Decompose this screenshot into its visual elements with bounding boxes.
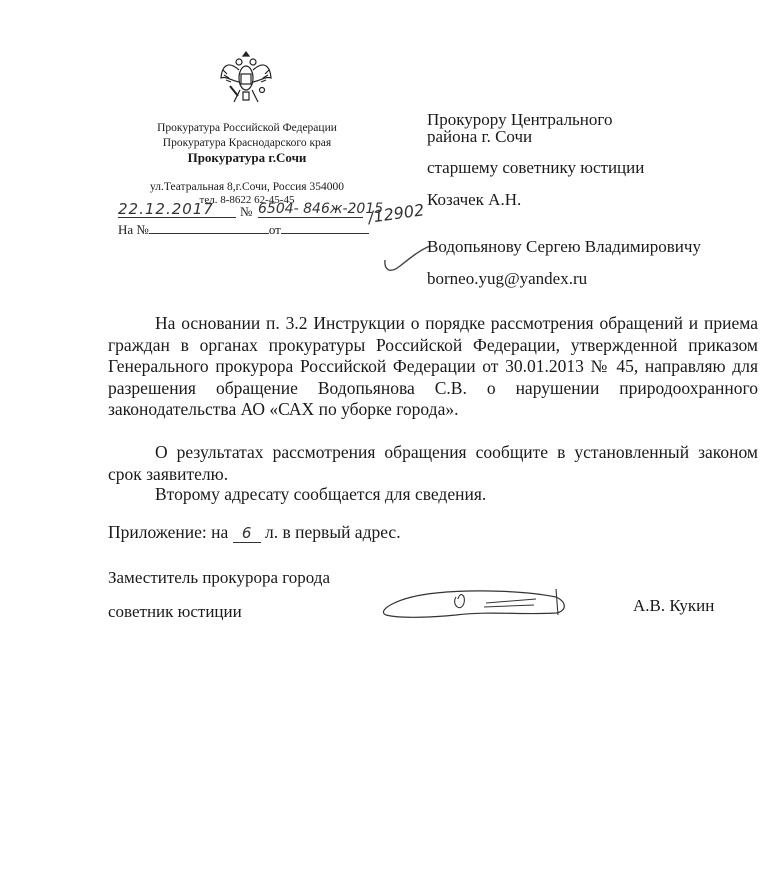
checkmark-icon [382, 244, 432, 281]
recipient-1-rank: старшему советнику юстиции [427, 159, 644, 177]
reference-line: На №от [118, 222, 369, 238]
attachment-suffix: л. в первый адрес. [265, 522, 401, 542]
reference-number-blank [149, 233, 269, 234]
outgoing-number-field: 6504- 846ж-2015 [258, 200, 363, 218]
reference-date-blank [281, 233, 369, 234]
outgoing-date: 22.12.2017 [118, 200, 214, 218]
attachment-prefix: Приложение: на [108, 522, 228, 542]
body-paragraph-1: На основании п. 3.2 Инструкции о порядке… [108, 313, 758, 421]
recipient-1-name: Козачек А.Н. [427, 191, 521, 209]
org-name-regional: Прокуратура Краснодарского края [117, 136, 377, 150]
reference-label: На № [118, 222, 149, 237]
reference-from-label: от [269, 222, 281, 237]
attachment-pages: 6 [233, 524, 261, 543]
signer-position: Заместитель прокурора города [108, 568, 330, 588]
outgoing-date-field: 22.12.2017 [118, 200, 236, 218]
body-paragraph-3: Второму адресату сообщается для сведения… [108, 484, 758, 506]
number-label: № [240, 204, 252, 220]
signer-rank: советник юстиции [108, 602, 242, 622]
recipient-1-district: района г. Сочи [427, 128, 532, 146]
attachment-line: Приложение: на 6 л. в первый адрес. [108, 522, 401, 543]
outgoing-number: 6504- 846ж-2015 [258, 201, 383, 217]
coat-of-arms-icon [218, 48, 274, 108]
body-paragraph-2: О результатах рассмотрения обращения соо… [108, 442, 758, 485]
recipient-2-name: Водопьянову Сергею Владимировичу [427, 238, 701, 256]
org-address: ул.Театральная 8,г.Сочи, Россия 354000 [117, 181, 377, 193]
recipient-2-email: borneo.yug@yandex.ru [427, 270, 587, 288]
org-name-city: Прокуратура г.Сочи [117, 151, 377, 165]
org-name-federal: Прокуратура Российской Федерации [117, 121, 377, 135]
handwritten-signature-icon [376, 585, 576, 626]
signer-name: А.В. Кукин [633, 596, 714, 616]
